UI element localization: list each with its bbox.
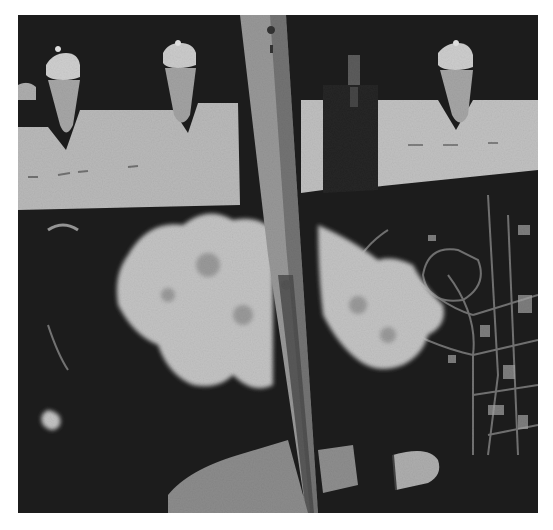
aerial-bomber-photo bbox=[18, 15, 538, 513]
right-wing bbox=[301, 100, 323, 193]
